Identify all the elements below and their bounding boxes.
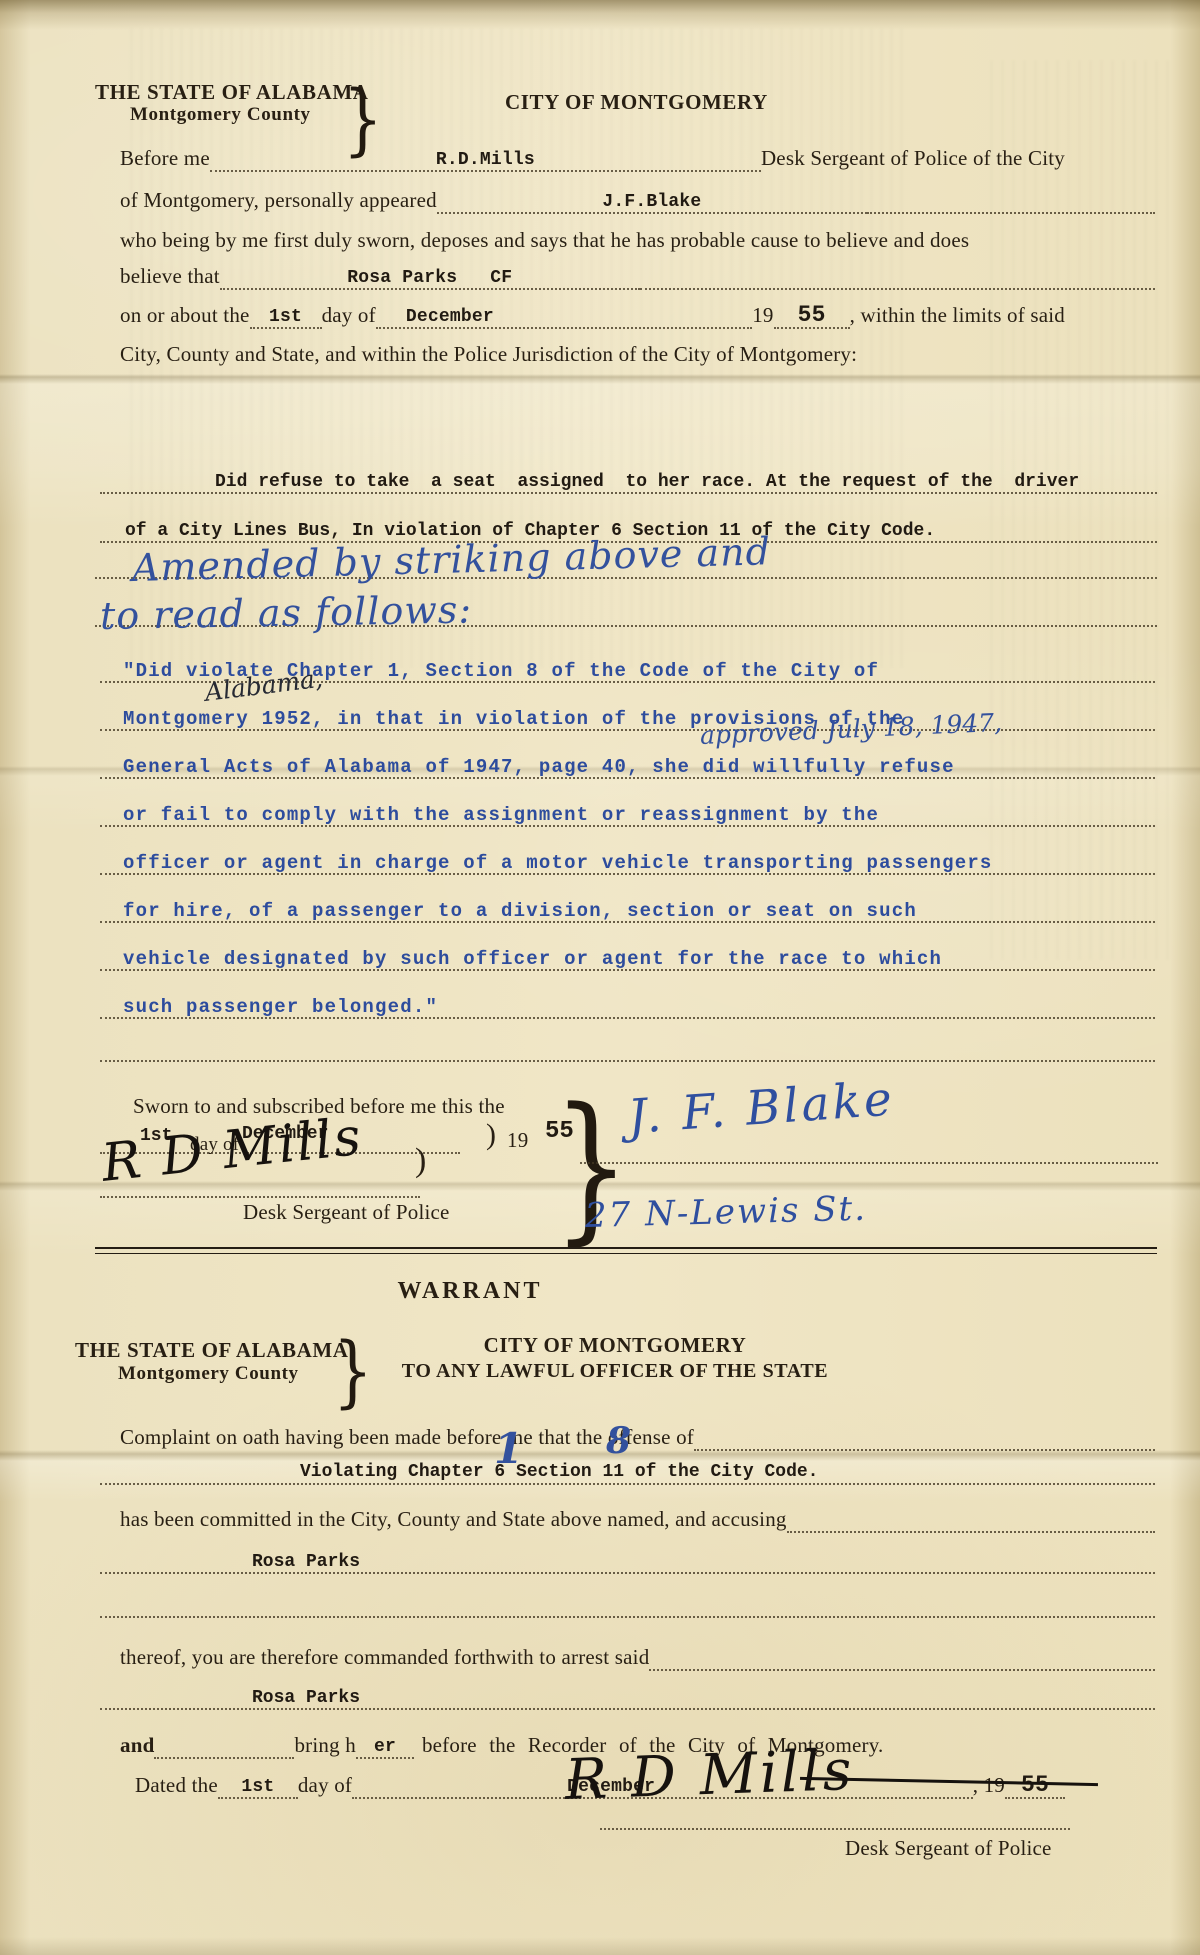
rule — [100, 921, 1155, 923]
rosa-parks-arrest-warrant-scan: THE STATE OF ALABAMA Montgomery County }… — [0, 0, 1200, 1955]
sworn-clause: who being by me first duly sworn, depose… — [120, 228, 969, 253]
arrest-fill — [649, 1644, 1155, 1671]
amended-line-7: vehicle designated by such officer or ag… — [123, 948, 942, 970]
rule — [100, 1196, 420, 1198]
officer-signature: R D Mills — [99, 1107, 366, 1194]
warrant-title: WARRANT — [320, 1278, 620, 1305]
handwritten-fix-section: 8 — [606, 1420, 631, 1462]
committed-line: has been committed in the City, County a… — [120, 1506, 1155, 1533]
city-heading: CITY OF MONTGOMERY — [505, 90, 768, 115]
amended-line-6: for hire, of a passenger to a division, … — [123, 900, 917, 922]
warrant-signature-title: Desk Sergeant of Police — [845, 1836, 1052, 1861]
dated-label: Dated the — [135, 1772, 218, 1799]
date-month-fill: December — [376, 302, 752, 329]
jurat-paren-2: ) — [415, 1142, 427, 1180]
warrant-signature: R D Mills — [564, 1738, 856, 1813]
date-label-1: on or about the — [120, 302, 250, 329]
jurat-paren-1: ) — [486, 1118, 496, 1152]
rule — [100, 825, 1155, 827]
rule — [580, 1162, 1158, 1164]
appeared-label: of Montgomery, personally appeared — [120, 187, 437, 214]
date-day-fill: 1st — [250, 302, 322, 329]
complaint-line: Complaint on oath having been made befor… — [120, 1424, 1155, 1451]
rule — [600, 1828, 1070, 1830]
dated-19: , 19 — [973, 1772, 1005, 1799]
warrant-city-heading: CITY OF MONTGOMERY — [420, 1333, 810, 1358]
date-suffix: , within the limits of said — [850, 302, 1065, 329]
jurat-year-19: 19 — [507, 1128, 528, 1153]
before-me-label: Before me — [120, 145, 210, 172]
amended-line-4: or fail to comply with the assignment or… — [123, 804, 879, 826]
officer-title: Desk Sergeant of Police — [243, 1200, 450, 1225]
rule — [100, 1616, 1155, 1618]
before-me-line: Before me R.D.Mills Desk Sergeant of Pol… — [120, 145, 1065, 172]
rule — [100, 1483, 1155, 1485]
amended-line-8: such passenger belonged." — [123, 996, 438, 1018]
offense-typed: Violating Chapter 6 Section 11 of the Ci… — [300, 1462, 818, 1482]
state-heading: THE STATE OF ALABAMA — [95, 80, 369, 105]
warrant-county-heading: Montgomery County — [118, 1363, 299, 1385]
handwritten-fix-chapter: 1 — [494, 1424, 523, 1473]
amended-line-5: officer or agent in charge of a motor ve… — [123, 852, 993, 874]
warrant-to-officer: TO ANY LAWFUL OFFICER OF THE STATE — [370, 1360, 860, 1383]
bring-fill-2: er — [356, 1732, 414, 1759]
amended-line-3: General Acts of Alabama of 1947, page 40… — [123, 756, 955, 778]
accused-name-typed-1: Rosa Parks — [252, 1552, 360, 1572]
bring-prefix: bring h — [294, 1732, 355, 1759]
believe-fill: Rosa Parks CF — [220, 263, 640, 290]
date-year-typed: 55 — [798, 302, 826, 328]
believe-fill-2 — [640, 263, 1155, 290]
arrest-label: thereof, you are therefore commanded for… — [120, 1644, 649, 1671]
dated-day-fill: 1st — [218, 1772, 298, 1799]
rule — [100, 777, 1155, 779]
rule — [100, 492, 1157, 494]
before-me-fill: R.D.Mills — [210, 145, 761, 172]
appeared-fill-2 — [867, 187, 1155, 214]
complaint-fill — [694, 1424, 1155, 1451]
section-divider — [95, 1247, 1157, 1254]
appeared-line: of Montgomery, personally appeared J.F.B… — [120, 187, 1155, 214]
rule — [100, 1060, 1155, 1062]
complainant-address-handwritten: 27 N-Lewis St. — [584, 1189, 867, 1236]
amendment-handwriting-2: to read as follows: — [100, 588, 473, 638]
date-line: on or about the 1st day of December 19 5… — [120, 302, 1065, 329]
rule — [100, 1017, 1155, 1019]
dated-day-typed: 1st — [241, 1777, 274, 1797]
pronoun-typed: er — [374, 1737, 396, 1757]
complainant-signature: J. F. Blake — [626, 1071, 896, 1145]
charge-typed-line-1: Did refuse to take a seat assigned to he… — [215, 472, 1079, 492]
accused-name-typed-2: Rosa Parks — [252, 1688, 360, 1708]
warrant-state-heading: THE STATE OF ALABAMA — [75, 1338, 349, 1363]
dated-year-fill: 55 — [1005, 1772, 1065, 1799]
rule — [100, 1708, 1155, 1710]
arrest-line: thereof, you are therefore commanded for… — [120, 1644, 1155, 1671]
before-me-suffix: Desk Sergeant of Police of the City — [761, 145, 1065, 172]
and-label: and — [120, 1732, 154, 1759]
warrant-header-brace: } — [333, 1330, 373, 1414]
dated-day-of: day of — [298, 1772, 352, 1799]
appeared-fill: J.F.Blake — [437, 187, 867, 214]
jurisdiction-clause: City, County and State, and within the P… — [120, 342, 857, 367]
date-year-fill: 55 — [774, 302, 850, 329]
county-heading: Montgomery County — [130, 104, 311, 126]
rule — [100, 969, 1155, 971]
believe-line: believe that Rosa Parks CF — [120, 263, 1155, 290]
date-19: 19 — [752, 302, 773, 329]
believe-label: believe that — [120, 263, 220, 290]
date-month-typed: December — [406, 307, 494, 327]
complainant-name-typed: J.F.Blake — [602, 192, 701, 212]
date-label-2: day of — [322, 302, 376, 329]
accused-name-typed: Rosa Parks CF — [347, 268, 512, 288]
rule — [100, 1572, 1155, 1574]
rule — [100, 873, 1155, 875]
committed-label: has been committed in the City, County a… — [120, 1506, 787, 1533]
committed-fill — [787, 1506, 1155, 1533]
date-day-typed: 1st — [269, 307, 302, 327]
desk-sergeant-name-typed: R.D.Mills — [436, 150, 535, 170]
bring-fill-1 — [154, 1732, 294, 1759]
